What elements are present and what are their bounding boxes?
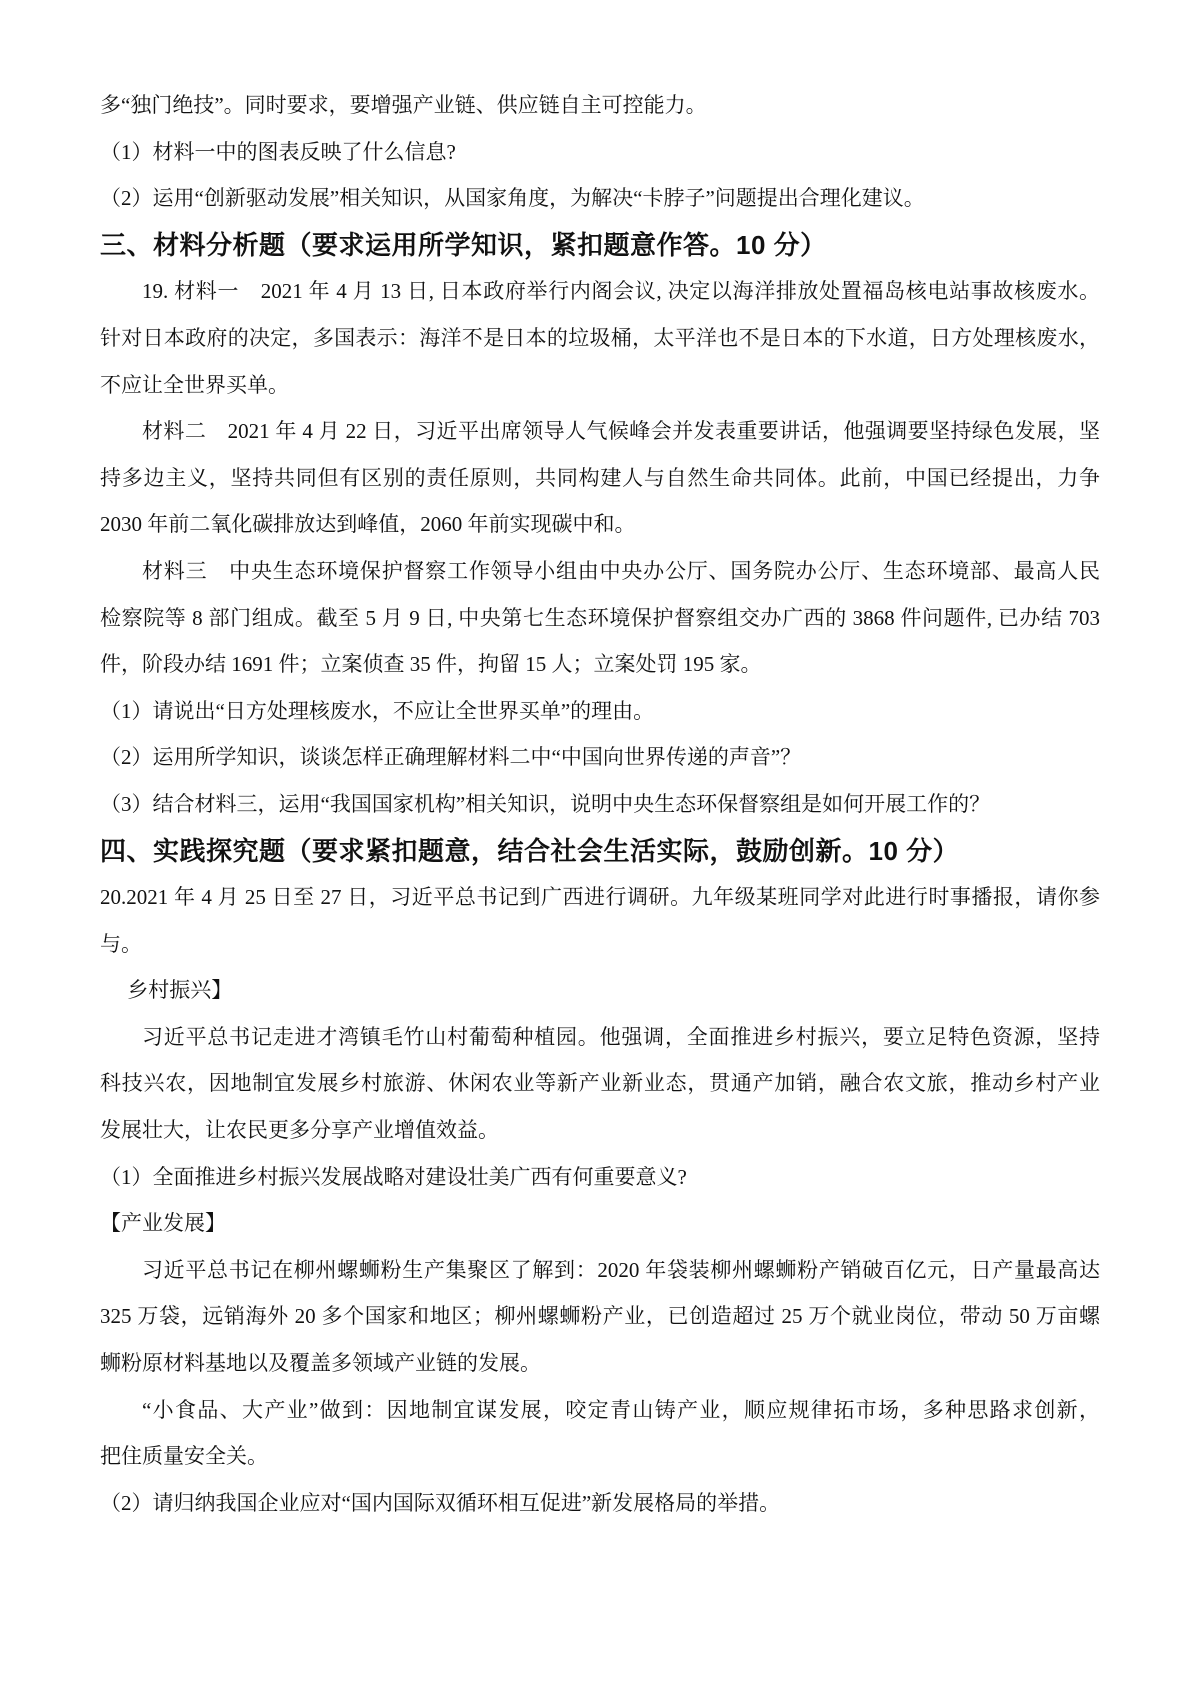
document-line: 多“独门绝技”。同时要求，要增强产业链、供应链自主可控能力。 xyxy=(100,82,1100,129)
document-line: 科技兴农，因地制宜发展乡村旅游、休闲农业等新产业新业态，贯通产加销，融合农文旅，… xyxy=(100,1060,1100,1107)
document-line: 针对日本政府的决定，多国表示：海洋不是日本的垃圾桶，太平洋也不是日本的下水道，日… xyxy=(100,315,1100,362)
document-line: 19. 材料一 2021 年 4 月 13 日, 日本政府举行内阁会议, 决定以… xyxy=(100,268,1100,315)
document-line: （1）全面推进乡村振兴发展战略对建设壮美广西有何重要意义? xyxy=(100,1154,1100,1201)
document-line: 把住质量安全关。 xyxy=(100,1433,1100,1480)
document-line: 习近平总书记走进才湾镇毛竹山村葡萄种植园。他强调，全面推进乡村振兴，要立足特色资… xyxy=(100,1014,1100,1061)
document-line: 发展壮大，让农民更多分享产业增值效益。 xyxy=(100,1107,1100,1154)
document-line: “小食品、大产业”做到：因地制宜谋发展，咬定青山铸产业，顺应规律拓市场，多种思路… xyxy=(100,1387,1100,1434)
section-heading: 四、实践探究题（要求紧扣题意，结合社会生活实际，鼓励创新。10 分） xyxy=(100,828,1100,875)
document-line: 材料三 中央生态环境保护督察工作领导小组由中央办公厅、国务院办公厅、生态环境部、… xyxy=(100,548,1100,595)
document-line: （2）运用“创新驱动发展”相关知识，从国家角度，为解决“卡脖子”问题提出合理化建… xyxy=(100,175,1100,222)
document-line: 蛳粉原材料基地以及覆盖多领域产业链的发展。 xyxy=(100,1340,1100,1387)
document-line: 习近平总书记在柳州螺蛳粉生产集聚区了解到：2020 年袋装柳州螺蛳粉产销破百亿元… xyxy=(100,1247,1100,1294)
document-line: （2）运用所学知识，谈谈怎样正确理解材料二中“中国向世界传递的声音”？ xyxy=(100,734,1100,781)
document-line: 检察院等 8 部门组成。截至 5 月 9 日, 中央第七生态环境保护督察组交办广… xyxy=(100,595,1100,642)
document-line: （1）材料一中的图表反映了什么信息? xyxy=(100,129,1100,176)
document-content: 多“独门绝技”。同时要求，要增强产业链、供应链自主可控能力。（1）材料一中的图表… xyxy=(100,82,1100,1526)
document-line: 持多边主义，坚持共同但有区别的责任原则，共同构建人与自然生命共同体。此前，中国已… xyxy=(100,455,1100,502)
document-line: （2）请归纳我国企业应对“国内国际双循环相互促进”新发展格局的举措。 xyxy=(100,1480,1100,1527)
document-line: 件，阶段办结 1691 件；立案侦查 35 件，拘留 15 人；立案处罚 195… xyxy=(100,641,1100,688)
document-line: 【产业发展】 xyxy=(100,1200,1100,1247)
document-line: （1）请说出“日方处理核废水，不应让全世界买单”的理由。 xyxy=(100,688,1100,735)
document-line: 不应让全世界买单。 xyxy=(100,362,1100,409)
document-line: 20.2021 年 4 月 25 日至 27 日，习近平总书记到广西进行调研。九… xyxy=(100,874,1100,921)
document-line: 325 万袋，远销海外 20 多个国家和地区；柳州螺蛳粉产业，已创造超过 25 … xyxy=(100,1293,1100,1340)
document-line: 与。 xyxy=(100,921,1100,968)
document-line: 乡村振兴】 xyxy=(100,967,1100,1014)
document-line: 2030 年前二氧化碳排放达到峰值，2060 年前实现碳中和。 xyxy=(100,501,1100,548)
exam-page: 多“独门绝技”。同时要求，要增强产业链、供应链自主可控能力。（1）材料一中的图表… xyxy=(0,0,1200,1698)
document-line: 材料二 2021 年 4 月 22 日，习近平出席领导人气候峰会并发表重要讲话，… xyxy=(100,408,1100,455)
section-heading: 三、材料分析题（要求运用所学知识，紧扣题意作答。10 分） xyxy=(100,222,1100,269)
document-line: （3）结合材料三，运用“我国国家机构”相关知识，说明中央生态环保督察组是如何开展… xyxy=(100,781,1100,828)
